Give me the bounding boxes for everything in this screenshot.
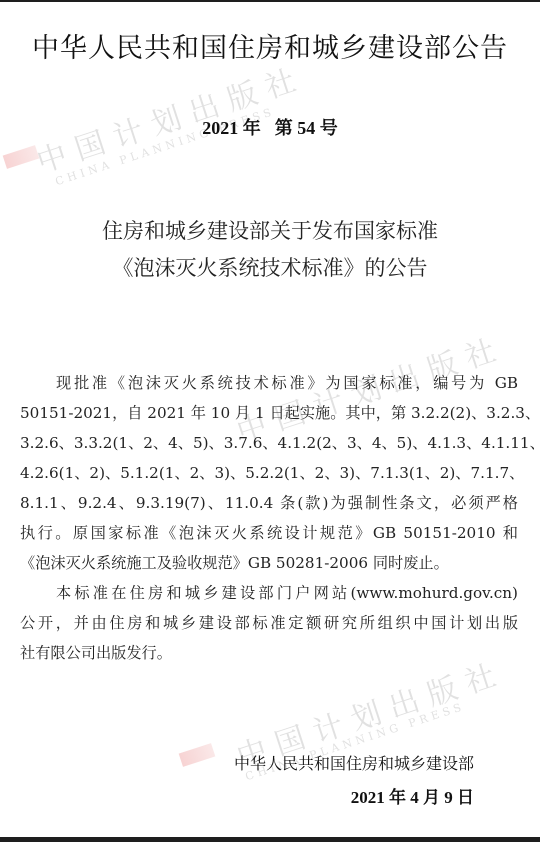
body-line: 现批准《泡沫灭火系统技术标准》为国家标准，编号为 GB [20,368,518,398]
paragraph-publication: 本标准在住房和城乡建设部门户网站(www.mohurd.gov.cn) 公开，并… [20,578,518,668]
issuer-signature: 中华人民共和国住房和城乡建设部 [234,751,474,774]
watermark-logo-icon [179,743,216,767]
body-line: 4.2.6(1、2)、5.1.2(1、2、3)、5.2.2(1、2、3)、7.1… [20,458,518,488]
watermark-logo-icon [3,145,40,169]
body-line: 执行。原国家标准《泡沫灭火系统设计规范》GB 50151-2010 和 [20,518,518,548]
subtitle-line: 《泡沫灭火系统技术标准》的公告 [0,250,540,287]
announcement-number: 2021 年第 54 号 [0,114,540,140]
announcement-subtitle: 住房和城乡建设部关于发布国家标准 《泡沫灭火系统技术标准》的公告 [0,213,540,287]
announcement-year: 2021 年 [202,118,261,138]
body-line: 3.2.6、3.3.2(1、2、4、5)、3.7.6、4.1.2(2、3、4、5… [20,428,518,458]
body-line: 50151-2021，自 2021 年 10 月 1 日起实施。其中，第 3.2… [20,398,518,428]
top-border [0,0,540,2]
announcement-body: 现批准《泡沫灭火系统技术标准》为国家标准，编号为 GB 50151-2021，自… [20,368,518,668]
announcement-no: 第 54 号 [275,118,338,138]
bottom-border [0,837,540,842]
issue-date: 2021 年 4 月 9 日 [351,783,474,808]
body-line: 公开，并由住房和城乡建设部标准定额研究所组织中国计划出版 [20,608,518,638]
subtitle-line: 住房和城乡建设部关于发布国家标准 [0,213,540,250]
body-line: 《泡沫灭火系统施工及验收规范》GB 50281-2006 同时废止。 [20,548,518,578]
paragraph-approval: 现批准《泡沫灭火系统技术标准》为国家标准，编号为 GB 50151-2021，自… [20,368,518,578]
body-line: 8.1.1、9.2.4、9.3.19(7)、11.0.4 条(款)为强制性条文，… [20,488,518,518]
body-line: 本标准在住房和城乡建设部门户网站(www.mohurd.gov.cn) [20,578,518,608]
body-line: 社有限公司出版发行。 [20,638,518,668]
issuer-header: 中华人民共和国住房和城乡建设部公告 [0,26,540,65]
